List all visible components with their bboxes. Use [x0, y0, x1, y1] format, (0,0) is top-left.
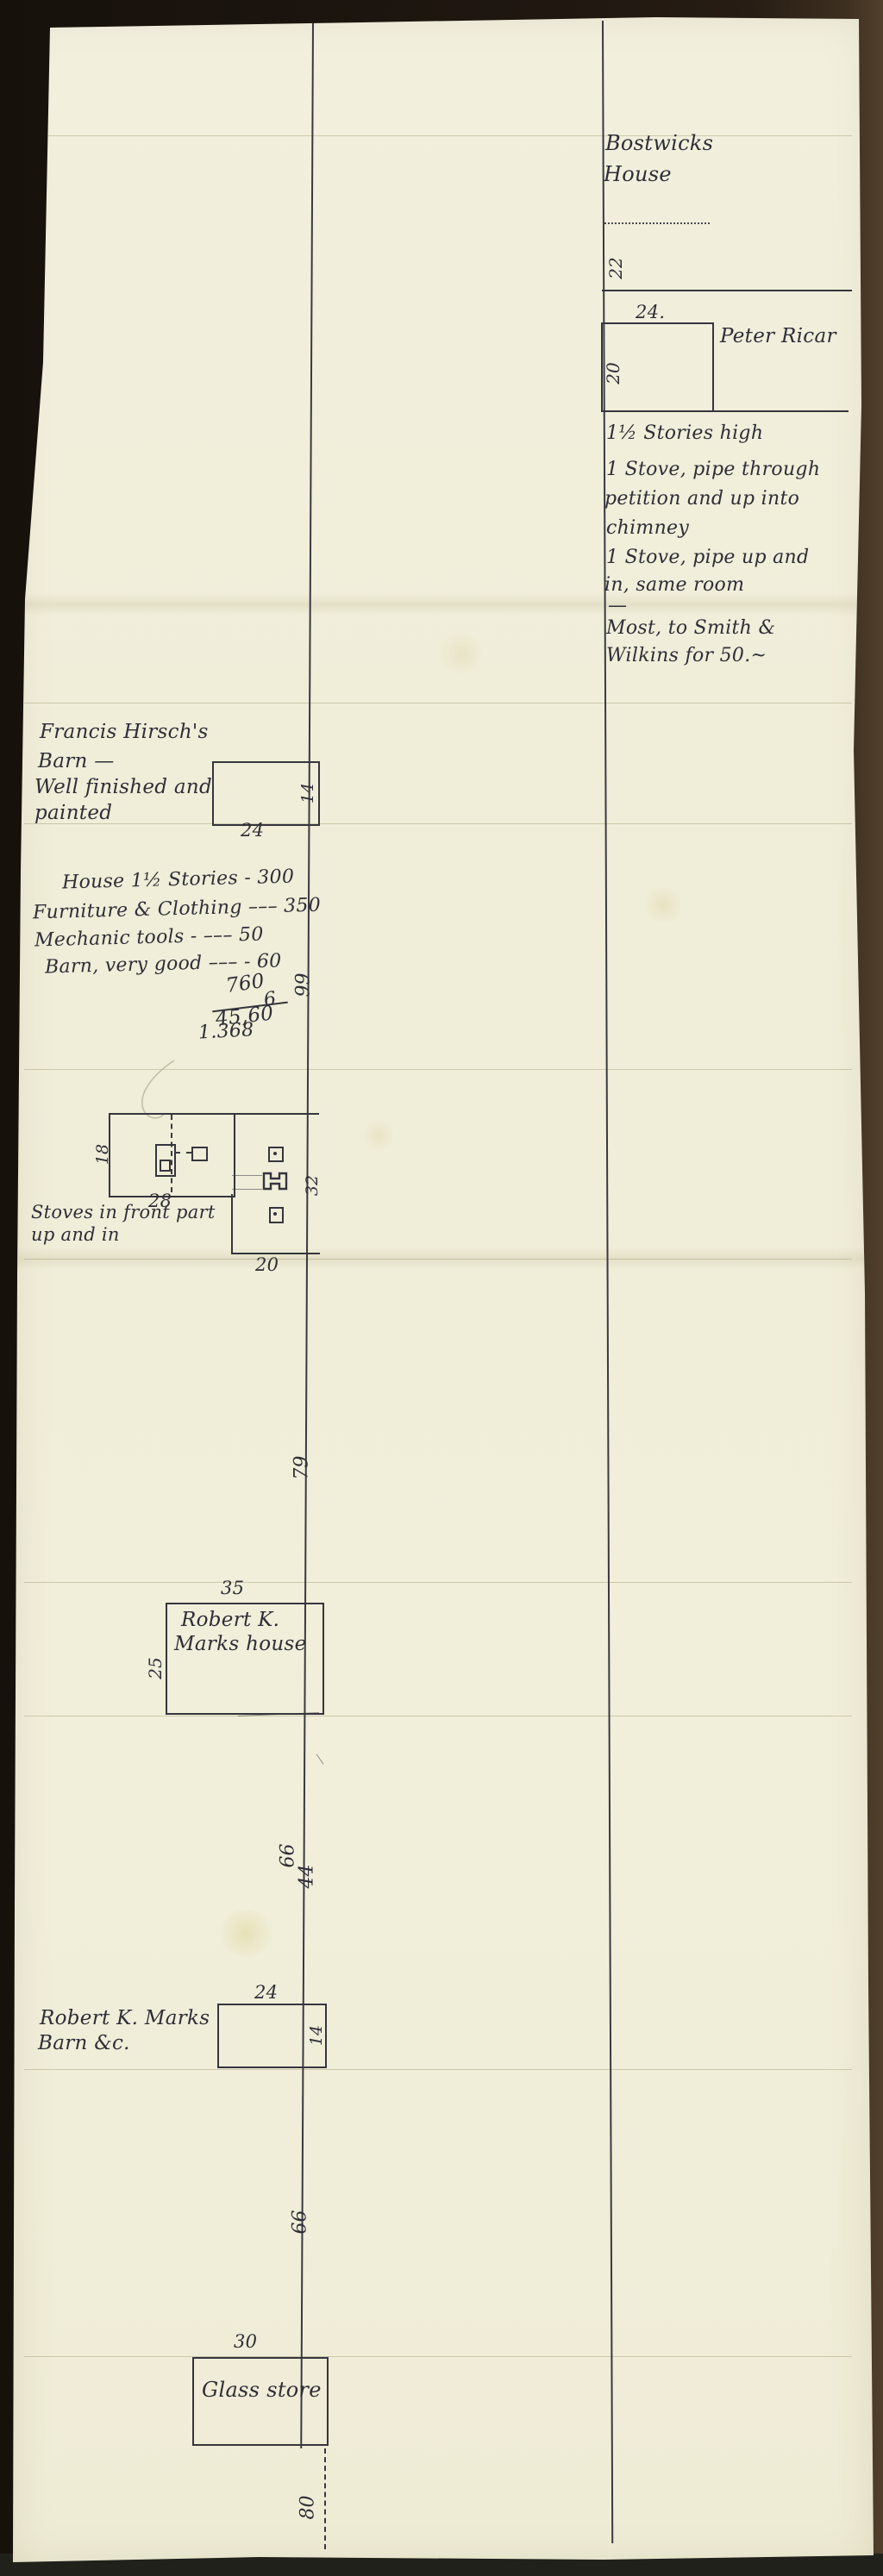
ricar-building-width-24: 24.: [636, 302, 665, 322]
survey-paper-sheet: Bostwicks House 22 24. Peter Ricar 20 1½…: [0, 0, 883, 2576]
marks-house-name-line2: Marks house: [174, 1633, 307, 1655]
dotted-boundary-line: [604, 222, 710, 224]
marks-barn-name-line2: Barn &c.: [38, 2032, 130, 2054]
note-line-1: 1½ Stories high: [606, 422, 763, 444]
stove-symbol-2: [191, 1147, 208, 1161]
paper-shadow-band: [16, 593, 867, 616]
note-line-6: in, same room: [604, 574, 744, 596]
yard-connector-line: [232, 1175, 262, 1176]
paper-crease: [24, 823, 852, 824]
ink-tick: [316, 1754, 324, 1764]
yard-outbuilding-lower: [269, 1207, 284, 1223]
paper-crease: [24, 703, 852, 703]
stove-symbol-1-inner: [160, 1160, 171, 1172]
frontage-80: 80: [297, 2491, 319, 2525]
hirsch-label-line4: painted: [34, 802, 112, 824]
house-depth-18: 18: [93, 1137, 112, 1172]
ricar-building-depth-20: 20: [603, 356, 623, 391]
well-chimney-symbol: [261, 1172, 289, 1191]
yard-side-line: [231, 1194, 233, 1254]
valuation-row-tools: Mechanic tools - ––– 50: [34, 924, 264, 952]
bostwick-owner-label-line1: Bostwicks: [605, 131, 713, 155]
paper-crease: [24, 1716, 852, 1716]
marks-house-name-line1: Robert K.: [181, 1609, 279, 1631]
cross-dimension-44: 44: [297, 1860, 318, 1894]
note-line-2: 1 Stove, pipe through: [606, 459, 820, 480]
note-dash: —: [608, 595, 627, 616]
marks-house-depth-25: 25: [145, 1651, 166, 1685]
valuation-row-furniture: Furniture & Clothing ––– 350: [33, 895, 322, 924]
valuation-row-house: House 1½ Stories - 300: [62, 866, 295, 893]
outbuilding-dot: [273, 1152, 277, 1155]
lot-line: [711, 410, 849, 412]
marks-barn-width-24: 24: [254, 1982, 278, 2003]
outbuilding-dot: [273, 1212, 277, 1216]
frontage-66-lower: 66: [290, 2205, 311, 2240]
marks-barn-depth-14: 14: [307, 2018, 326, 2053]
stove-note-line1: Stoves in front part: [31, 1202, 216, 1222]
paper-crease: [24, 2356, 852, 2357]
stove-symbol-1: [155, 1144, 176, 1177]
bostwick-owner-label-line2: House: [604, 162, 672, 186]
paper-crease: [24, 2069, 852, 2070]
yard-outbuilding-upper: [268, 1147, 284, 1162]
paper-stain: [642, 888, 684, 922]
paper-crease: [24, 135, 852, 136]
glass-store-label: Glass store: [202, 2378, 322, 2402]
glass-store-width-30: 30: [234, 2331, 257, 2352]
yard-width-20: 20: [255, 1254, 279, 1275]
frontage-dimension-22: 22: [605, 251, 626, 285]
hirsch-frontage-99: 99: [293, 968, 315, 1003]
note-line-5: 1 Stove, pipe up and: [606, 547, 809, 568]
peter-ricar-label: Peter Ricar: [720, 325, 836, 347]
paper-stain: [216, 1910, 276, 1957]
paper-stain: [360, 1121, 397, 1150]
marks-house-width-35: 35: [221, 1578, 244, 1598]
note-line-8: Most, to Smith &: [606, 617, 775, 639]
paper-stain: [435, 634, 487, 673]
lot-line: [602, 290, 852, 291]
frontage-79: 79: [291, 1451, 313, 1485]
yard-depth-32: 32: [303, 1168, 322, 1203]
marks-barn-name-line1: Robert K. Marks: [40, 2007, 210, 2029]
stove-note-line2: up and in: [31, 1224, 120, 1245]
hirsch-label-line3: Well finished and: [34, 776, 212, 798]
hirsch-label-line1: Francis Hirsch's: [40, 721, 209, 743]
street-line-left-dashed-end: [324, 2448, 326, 2549]
street-line-left: [300, 22, 314, 2448]
valuation-subtotal: 760: [224, 970, 266, 997]
note-line-9: Wilkins for 50.~: [606, 645, 767, 666]
yard-connector-line: [232, 1189, 262, 1190]
valuation-grand-total: 1.368: [197, 1019, 254, 1043]
scanned-survey-photo: Bostwicks House 22 24. Peter Ricar 20 1½…: [0, 0, 883, 2576]
hirsch-barn-depth-14: 14: [298, 776, 317, 810]
hirsch-label-line2: Barn —: [38, 750, 115, 772]
paper-crease: [24, 1259, 852, 1260]
paper-crease: [24, 1582, 852, 1583]
note-line-3: petition and up into: [604, 488, 799, 510]
hirsch-barn-width-24: 24: [241, 820, 264, 841]
stove-pipe-dashed: [175, 1152, 191, 1154]
note-line-4: chimney: [606, 517, 689, 539]
